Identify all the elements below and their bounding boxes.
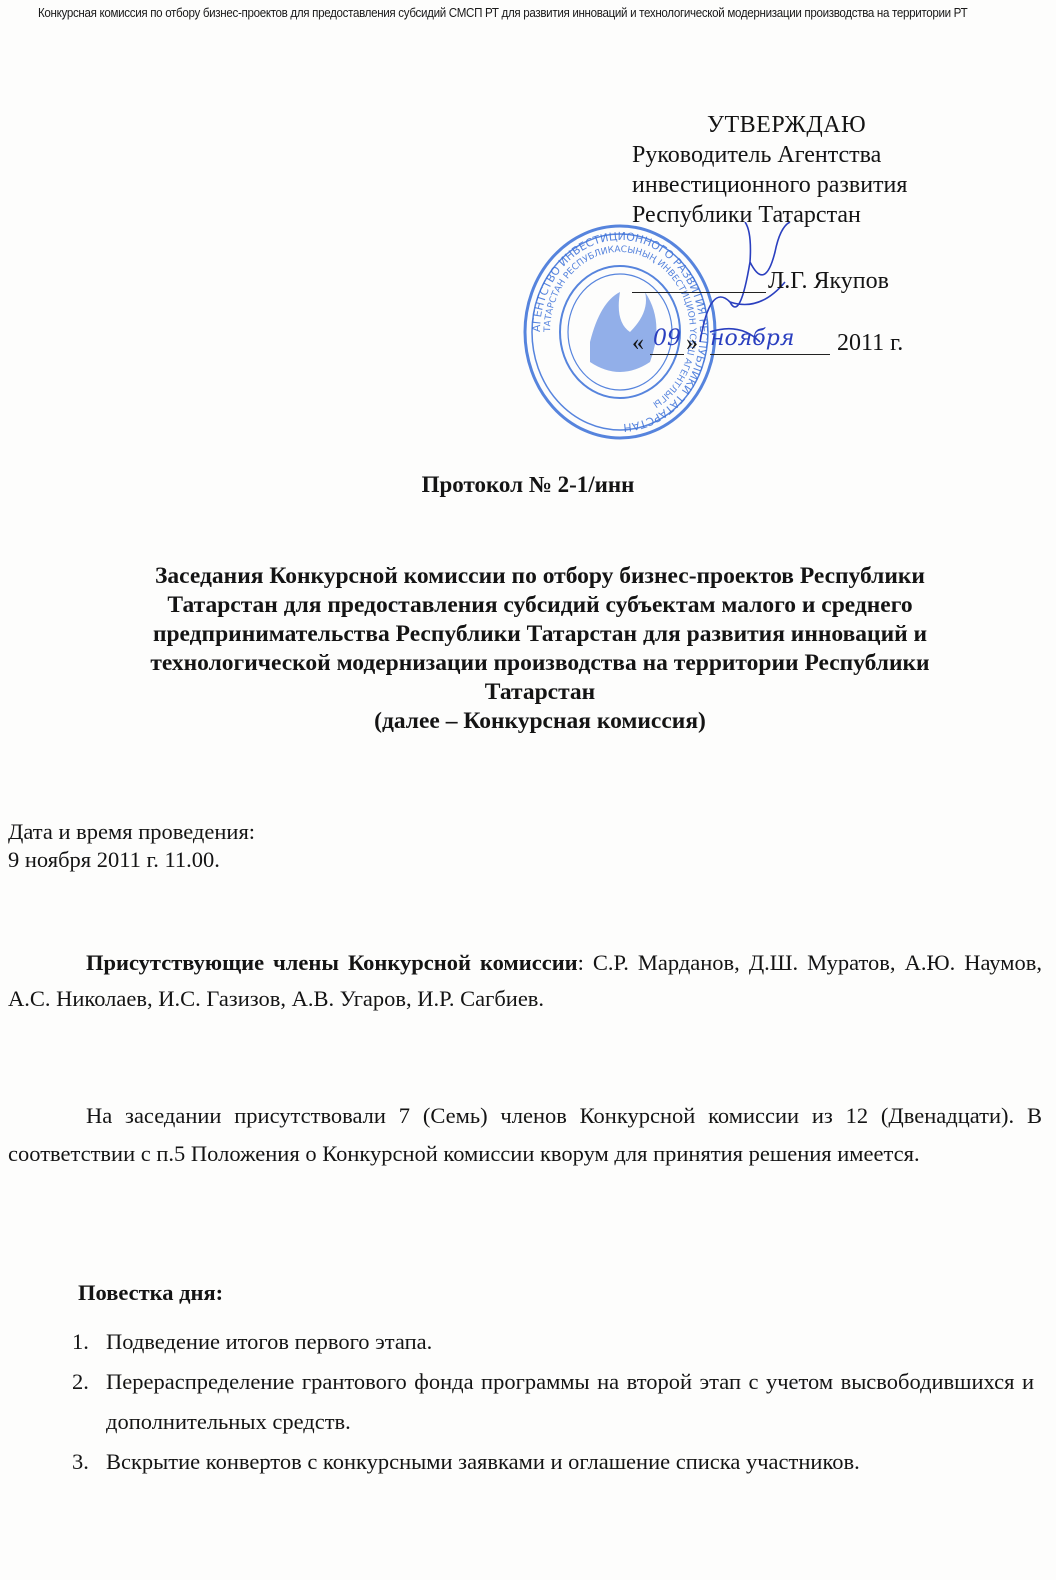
meeting-datetime-label: Дата и время проведения:: [8, 818, 255, 846]
agenda-title: Повестка дня:: [78, 1280, 223, 1306]
date-close-quote: »: [686, 328, 698, 358]
agenda-item: 2. Перераспределение грантового фонда пр…: [72, 1362, 1034, 1442]
approval-block: УТВЕРЖДАЮ Руководитель Агентства инвести…: [632, 110, 1032, 360]
session-title-line: Заседания Конкурсной комиссии по отбору …: [50, 562, 1030, 591]
session-title-line: предпринимательства Республики Татарстан…: [50, 620, 1030, 649]
approval-title: УТВЕРЖДАЮ: [632, 110, 1032, 140]
session-title: Заседания Конкурсной комиссии по отбору …: [50, 562, 1030, 736]
signatory-name: Л.Г. Якупов: [768, 266, 889, 296]
agenda-item-text: Подведение итогов первого этапа.: [106, 1329, 432, 1354]
agenda-item: 3. Вскрытие конвертов с конкурсными заяв…: [72, 1442, 1034, 1482]
approval-date: « 09 » ноября 2011 г.: [632, 328, 1032, 360]
signature-line: [632, 292, 766, 293]
attendees-label: Присутствующие члены Конкурсной комиссии: [86, 950, 578, 975]
quorum-paragraph: На заседании присутствовали 7 (Семь) чле…: [8, 1097, 1042, 1173]
date-month: ноября: [710, 324, 830, 355]
agenda-item: 1. Подведение итогов первого этапа.: [72, 1322, 1034, 1362]
agenda-list: 1. Подведение итогов первого этапа. 2. П…: [72, 1322, 1034, 1482]
agenda-item-text: Перераспределение грантового фонда прогр…: [106, 1369, 1034, 1434]
session-title-line: Татарстан для предоставления субсидий су…: [50, 591, 1030, 620]
approval-position-line-3: Республики Татарстан: [632, 200, 1032, 230]
session-title-line: технологической модернизации производств…: [50, 649, 1030, 678]
approval-position-line-2: инвестиционного развития: [632, 170, 1032, 200]
agenda-item-text: Вскрытие конвертов с конкурсными заявкам…: [106, 1449, 860, 1474]
signature-row: Л.Г. Якупов: [632, 266, 1032, 298]
date-year: 2011 г.: [837, 328, 903, 358]
agenda-item-number: 2.: [72, 1362, 89, 1402]
running-header: Конкурсная комиссия по отбору бизнес-про…: [38, 6, 967, 20]
approval-position-line-1: Руководитель Агентства: [632, 140, 1032, 170]
date-day: 09: [650, 324, 684, 355]
date-open-quote: «: [632, 328, 644, 358]
session-title-line: (далее – Конкурсная комиссия): [50, 707, 1030, 736]
agenda-item-number: 3.: [72, 1442, 89, 1482]
protocol-title: Протокол № 2-1/инн: [0, 472, 1056, 498]
meeting-datetime: Дата и время проведения: 9 ноября 2011 г…: [8, 818, 255, 874]
meeting-datetime-value: 9 ноября 2011 г. 11.00.: [8, 846, 255, 874]
agenda-item-number: 1.: [72, 1322, 89, 1362]
attendees-paragraph: Присутствующие члены Конкурсной комиссии…: [8, 945, 1042, 1017]
session-title-line: Татарстан: [50, 678, 1030, 707]
